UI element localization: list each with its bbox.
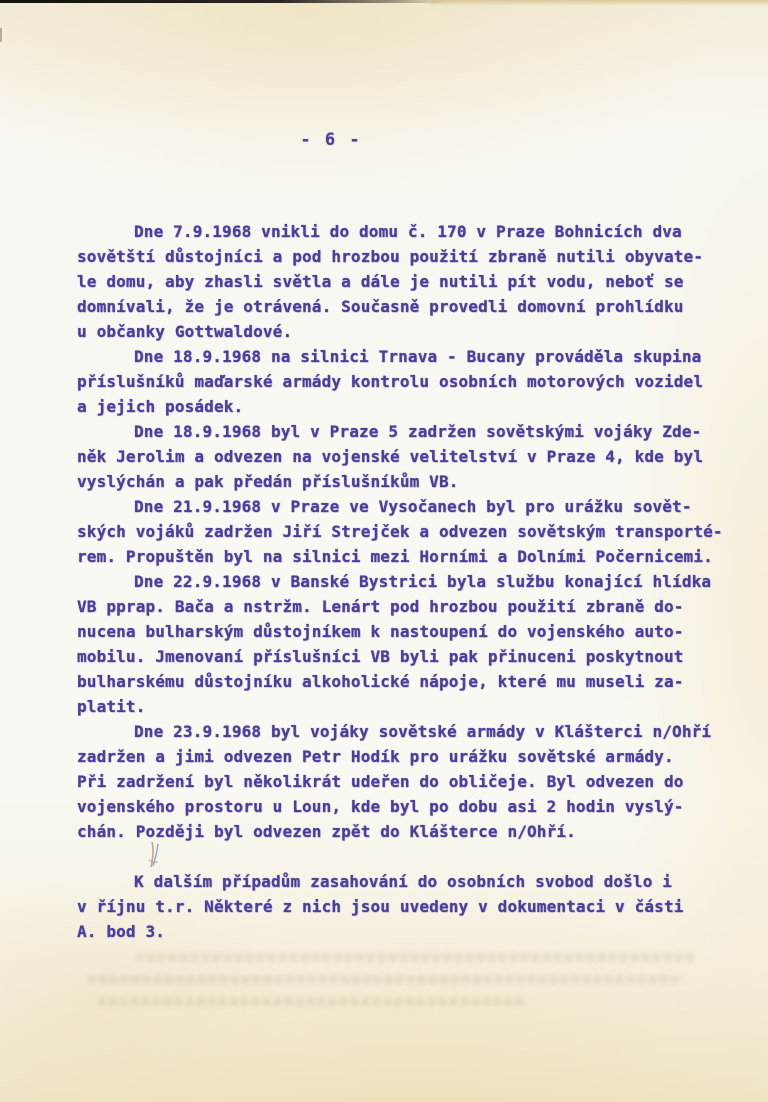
document-body: Dne 7.9.1968 vnikli do domu č. 170 v Pra…	[77, 219, 725, 944]
text-line: nucena bulharským důstojníkem k nastoupe…	[77, 619, 725, 644]
text-line: něk Jerolim a odvezen na vojenské velite…	[77, 444, 725, 469]
text-line: Dne 22.9.1968 v Banské Bystrici byla slu…	[77, 569, 725, 594]
scanned-document-page: - 6 - Dne 7.9.1968 vnikli do domu č. 170…	[0, 0, 768, 1102]
text-line: v říjnu t.r. Některé z nich jsou uvedeny…	[77, 894, 725, 919]
paragraph: Dne 23.9.1968 byl vojáky sovětské armády…	[77, 719, 725, 844]
paragraph: Dne 21.9.1968 v Praze ve Vysočanech byl …	[77, 494, 725, 569]
paragraph: Dne 18.9.1968 na silnici Trnava - Bucany…	[77, 344, 725, 419]
text-line: A. bod 3.	[77, 919, 725, 944]
text-line: vojenského prostoru u Loun, kde byl po d…	[77, 794, 725, 819]
text-line: Dne 18.9.1968 byl v Praze 5 zadržen sově…	[77, 419, 725, 444]
text-line: domnívali, že je otrávená. Současně prov…	[77, 294, 725, 319]
text-line: bulharskému důstojníku alkoholické nápoj…	[77, 669, 725, 694]
ghost-text-line	[98, 997, 528, 1006]
paragraph: Dne 7.9.1968 vnikli do domu č. 170 v Pra…	[77, 219, 725, 344]
text-line: příslušníků maďarské armády kontrolu oso…	[77, 369, 725, 394]
text-line: Dne 23.9.1968 byl vojáky sovětské armády…	[77, 719, 725, 744]
text-line: sovětští důstojníci a pod hrozbou použit…	[77, 244, 725, 269]
page-number: - 6 -	[0, 130, 662, 150]
bleed-through-text	[88, 953, 696, 1019]
scan-edge-speck	[0, 28, 2, 42]
text-line: le domu, aby zhasli světla a dále je nut…	[77, 269, 725, 294]
text-line: ských vojáků zadržen Jiří Strejček a odv…	[77, 519, 725, 544]
text-line: K dalším případům zasahování do osobních…	[77, 869, 725, 894]
handwritten-ink-mark	[146, 840, 168, 870]
ghost-text-line	[88, 975, 684, 984]
ghost-text-line	[136, 953, 696, 962]
text-line: mobilu. Jmenovaní příslušníci VB byli pa…	[77, 644, 725, 669]
text-line: Dne 21.9.1968 v Praze ve Vysočanech byl …	[77, 494, 725, 519]
text-line: a jejich posádek.	[77, 394, 725, 419]
text-line: Dne 18.9.1968 na silnici Trnava - Bucany…	[77, 344, 725, 369]
scan-edge-shadow	[430, 0, 768, 6]
paragraph: Dne 18.9.1968 byl v Praze 5 zadržen sově…	[77, 419, 725, 494]
text-line: Při zadržení byl několikrát udeřen do ob…	[77, 769, 725, 794]
text-line: chán. Později byl odvezen zpět do Klášte…	[77, 819, 725, 844]
text-line: rem. Propuštěn byl na silnici mezi Horní…	[77, 544, 725, 569]
paragraph: Dne 22.9.1968 v Banské Bystrici byla slu…	[77, 569, 725, 719]
scan-edge-artifact	[0, 0, 452, 3]
text-line: u občanky Gottwaldové.	[77, 319, 725, 344]
text-line: zadržen a jimi odvezen Petr Hodík pro ur…	[77, 744, 725, 769]
text-line: Dne 7.9.1968 vnikli do domu č. 170 v Pra…	[77, 219, 725, 244]
text-line: platit.	[77, 694, 725, 719]
text-line: vyslýchán a pak předán příslušníkům VB.	[77, 469, 725, 494]
paragraph: K dalším případům zasahování do osobních…	[77, 869, 725, 944]
text-line: VB pprap. Bača a nstržm. Lenárt pod hroz…	[77, 594, 725, 619]
